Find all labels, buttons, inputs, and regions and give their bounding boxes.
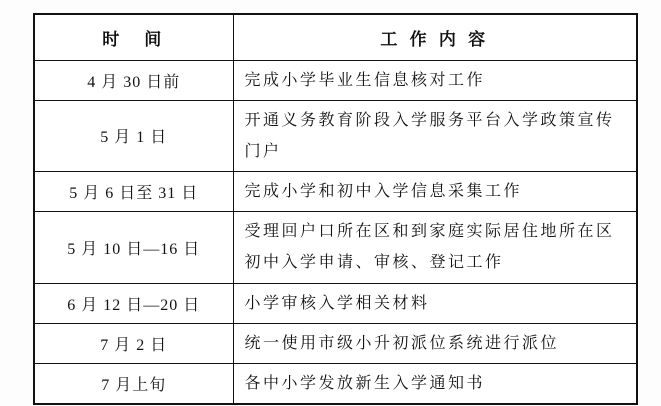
time-cell: 5 月 6 日至 31 日 (34, 171, 233, 211)
content-cell: 小学审核入学相关材料 (233, 283, 637, 323)
content-cell: 统一使用市级小升初派位系统进行派位 (233, 323, 637, 363)
content-cell: 受理回户口所在区和到家庭实际居住地所在区初中入学申请、审核、登记工作 (233, 211, 637, 283)
time-cell: 7 月 2 日 (34, 323, 233, 363)
table-row: 5 月 1 日 开通义务教育阶段入学服务平台入学政策宣传门户 (34, 100, 637, 171)
page-background: 时 间 工 作 内 容 4 月 30 日前 完成小学毕业生信息核对工作 5 月 … (0, 0, 661, 406)
table-row: 5 月 6 日至 31 日 完成小学和初中入学信息采集工作 (34, 171, 637, 211)
content-cell: 完成小学毕业生信息核对工作 (233, 60, 637, 100)
time-cell: 6 月 12 日—20 日 (34, 283, 233, 323)
content-cell: 完成小学和初中入学信息采集工作 (233, 171, 637, 211)
content-cell: 开通义务教育阶段入学服务平台入学政策宣传门户 (233, 100, 637, 171)
time-cell: 4 月 30 日前 (34, 60, 233, 100)
table-row: 7 月上旬 各中小学发放新生入学通知书 (34, 363, 637, 404)
table-header-row: 时 间 工 作 内 容 (34, 14, 637, 60)
time-cell: 7 月上旬 (34, 363, 233, 404)
table-row: 4 月 30 日前 完成小学毕业生信息核对工作 (34, 60, 637, 100)
header-work-content: 工 作 内 容 (233, 14, 637, 60)
header-time: 时 间 (34, 14, 233, 60)
time-cell: 5 月 1 日 (34, 100, 233, 171)
content-cell: 各中小学发放新生入学通知书 (233, 363, 637, 404)
table-row: 7 月 2 日 统一使用市级小升初派位系统进行派位 (34, 323, 637, 363)
time-cell: 5 月 10 日—16 日 (34, 211, 233, 283)
schedule-table: 时 间 工 作 内 容 4 月 30 日前 完成小学毕业生信息核对工作 5 月 … (33, 13, 638, 405)
table-row: 5 月 10 日—16 日 受理回户口所在区和到家庭实际居住地所在区初中入学申请… (34, 211, 637, 283)
table-row: 6 月 12 日—20 日 小学审核入学相关材料 (34, 283, 637, 323)
